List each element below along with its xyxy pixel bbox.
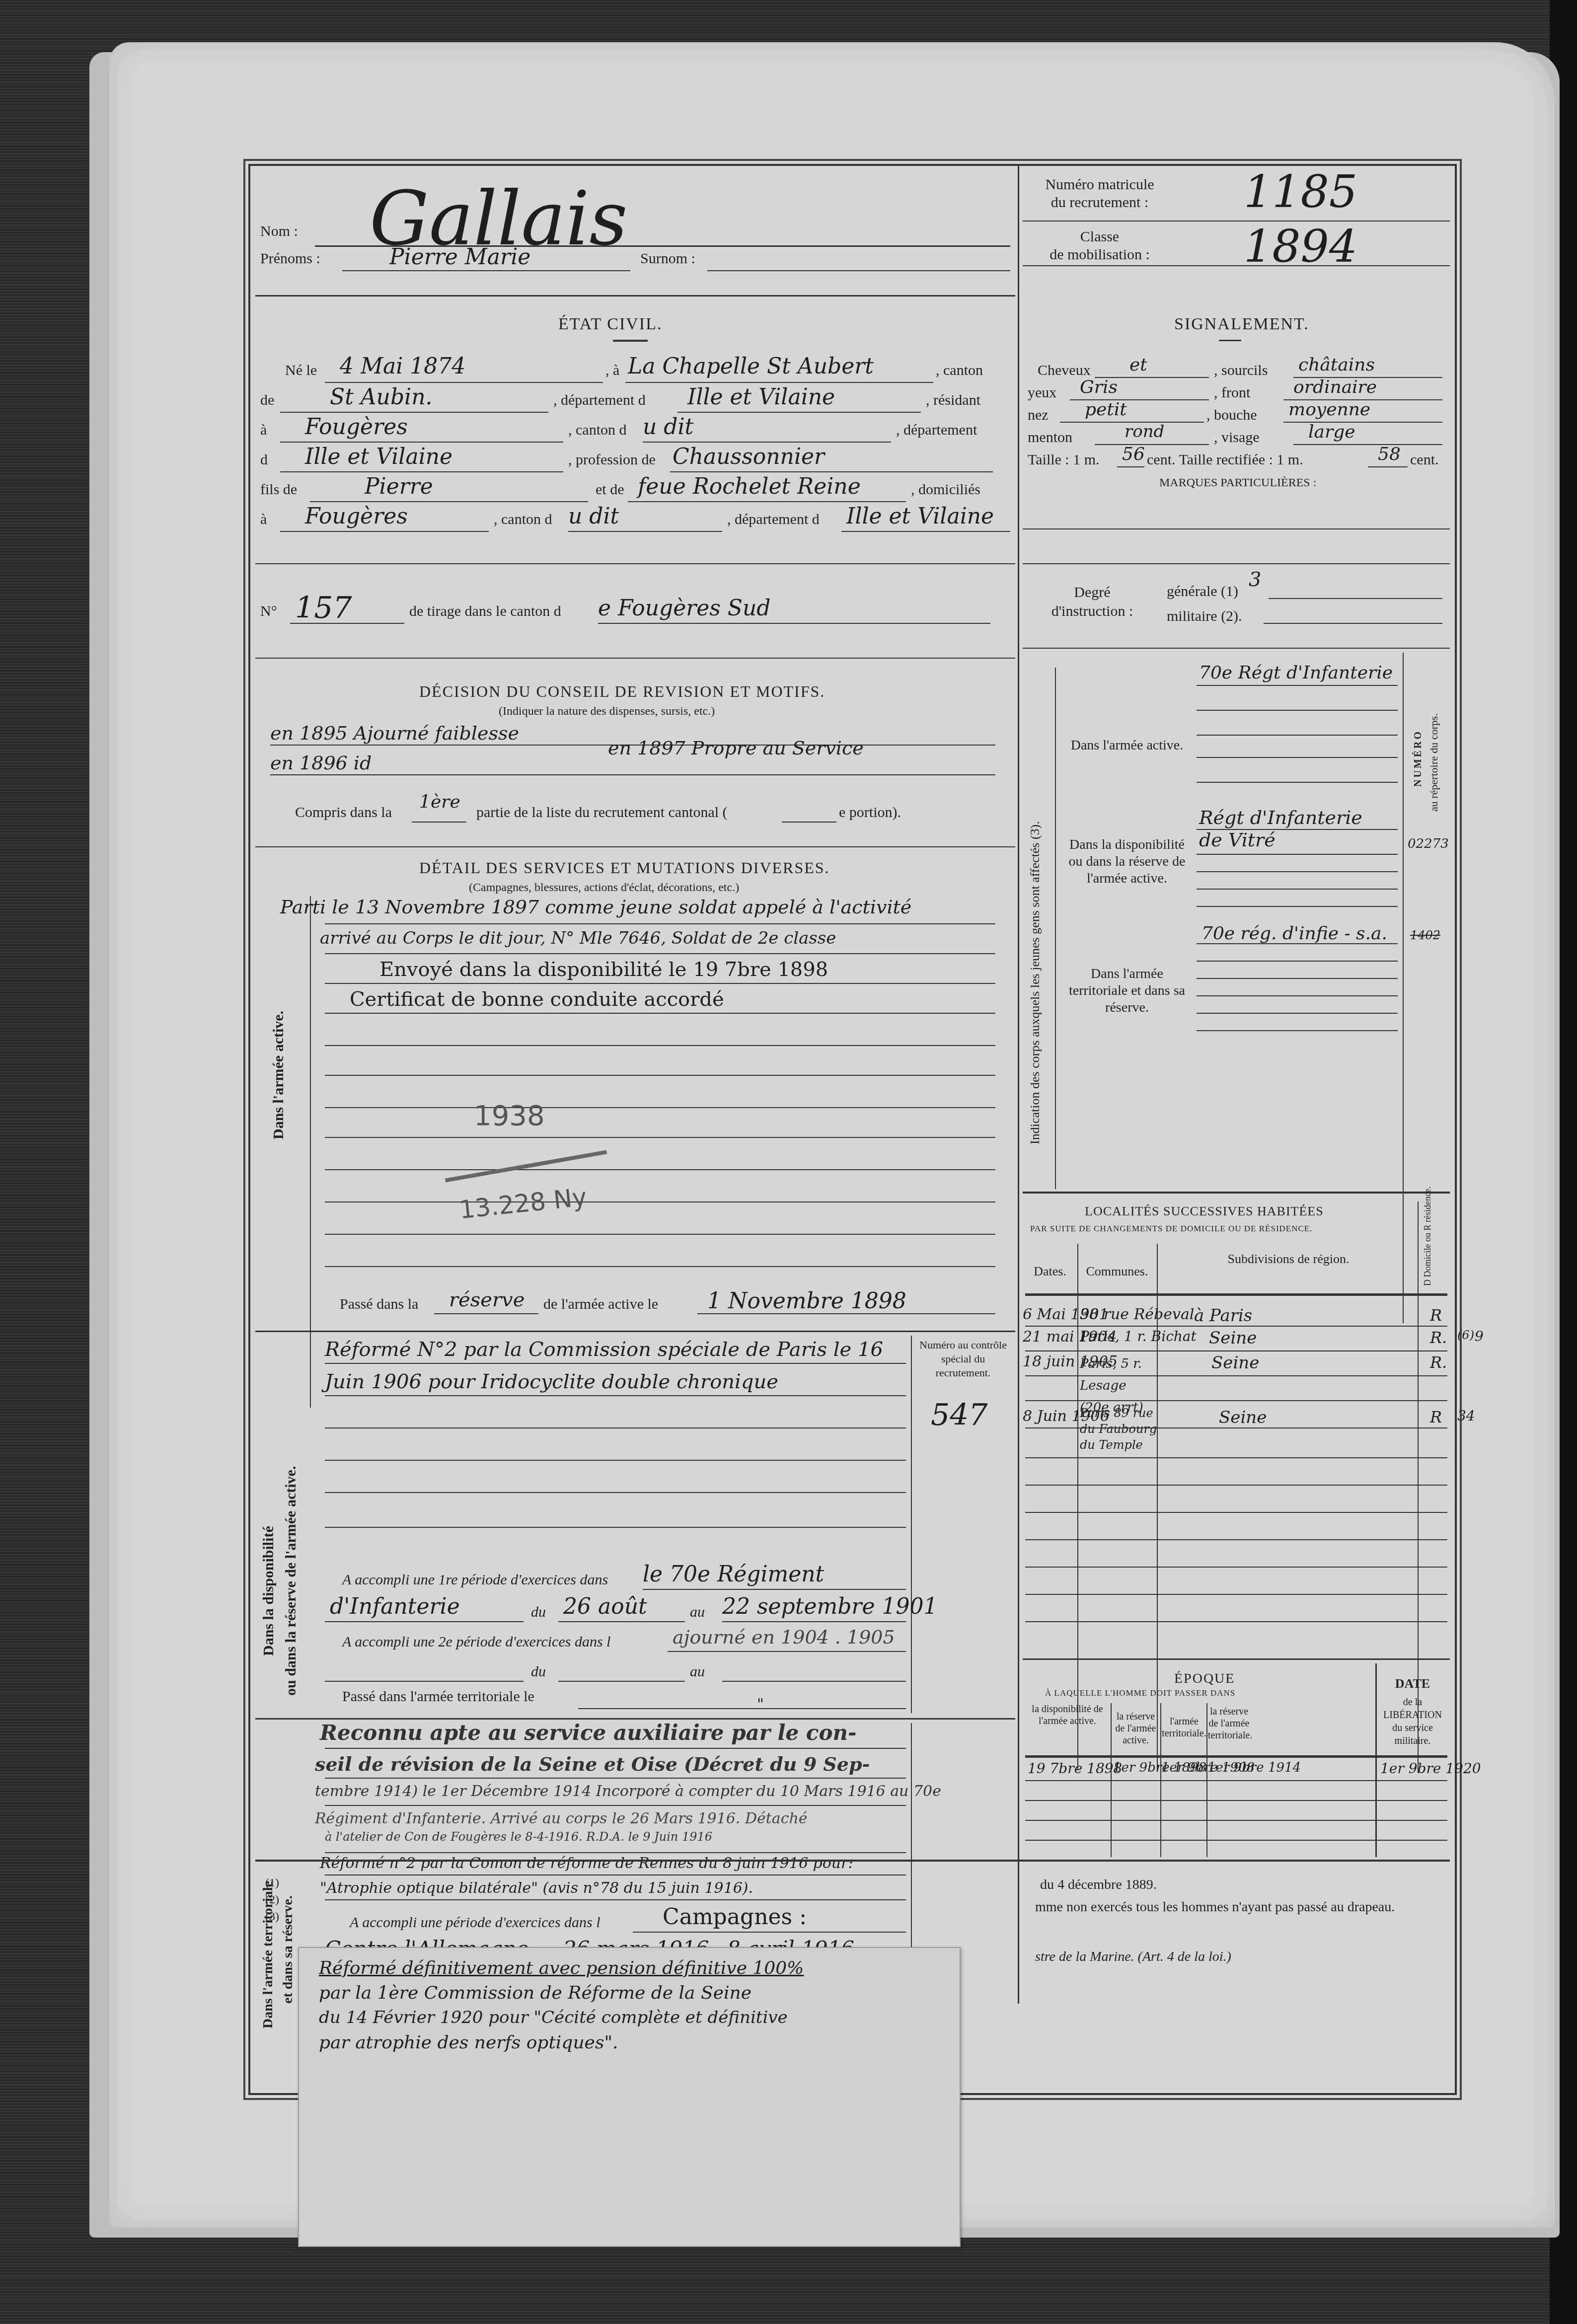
generale-label: générale (1) [1167,583,1238,600]
row-dr: R [1430,1408,1442,1426]
underline [1117,466,1144,467]
underline [270,774,995,775]
portion-blank [782,822,836,823]
menton-label: menton [1028,429,1072,446]
underline [434,1313,538,1314]
underline [280,442,563,443]
canton-residence: u dit [643,414,693,440]
territoriale-line-2: seil de révision de la Seine et Oise (Dé… [315,1753,870,1775]
classe-label-1: Classe [1080,228,1119,245]
underline [325,1852,906,1853]
services-line-4: Certificat de bonne conduite accordé [350,988,724,1011]
underline [325,1266,995,1267]
underline [1197,782,1398,783]
canton-parents: u dit [568,504,619,529]
underline [1197,1030,1398,1031]
periode2-label: A accompli une 2e période d'exercices da… [342,1634,610,1650]
residence: Fougères [305,414,408,440]
portion-suffix: e portion). [839,804,901,821]
underline [1025,1457,1447,1458]
departement2-label: , département [896,422,977,439]
separator [255,658,1015,659]
front-label: , front [1214,384,1250,401]
row-dr: R [1430,1306,1442,1325]
underline [1025,1350,1447,1351]
underline [578,1708,906,1709]
footnote-3: (3) [265,1910,279,1923]
corps-active-label: Dans l'armée active. [1065,737,1189,754]
taille-value: 56 [1122,444,1145,464]
underline [1025,1427,1447,1428]
militaire-label: militaire (2). [1167,608,1242,625]
corps-territoriale-value: 70e rég. d'infie - s.a. [1202,923,1387,944]
ne-le-label: Né le [285,362,317,379]
underline [325,1137,995,1138]
controle-divider [911,1336,912,1713]
col-communes: Communes. [1080,1264,1154,1279]
underline [412,822,466,823]
tirage-label: de tirage dans le canton d [409,603,561,620]
periode1-label: A accompli une 1re période d'exercices d… [342,1572,608,1588]
periode1-corps2: d'Infanterie [330,1594,460,1619]
corps-disponibilite-value-2: de Vitré [1199,829,1276,851]
territoriale-periode-label: A accompli une période d'exercices dans … [350,1914,601,1931]
epoque-subtitle: À LAQUELLE L'HOMME DOIT PASSER DANS [1045,1688,1235,1698]
underline [1025,1820,1447,1821]
yeux-value: Gris [1080,377,1118,397]
lieu-naissance: La Chapelle St Aubert [628,354,874,379]
note-line-4: par atrophie des nerfs optiques". [319,2032,618,2053]
tirage-numero: 157 [295,591,352,625]
instruction-label: Degréd'instruction : [1028,583,1157,621]
separator [1023,265,1450,266]
passe-territoriale-label: Passé dans l'armée territoriale le [342,1688,534,1705]
underline [1197,1013,1398,1014]
territoriale-line-7: "Atrophie optique bilatérale" (avis n°78… [320,1879,753,1897]
footnote-1: (1) [265,1876,279,1889]
profession: Chaussonnier [673,444,825,469]
underline [325,1045,995,1046]
row-commune: 38 rue Rébeval [1080,1306,1194,1323]
prenoms-label: Prénoms : [260,250,320,267]
visage-value: large [1308,422,1355,442]
underline [325,1621,524,1622]
compris-suffix: partie de la liste du recrutement canton… [476,804,728,821]
underline [1025,1375,1447,1376]
underline [325,1363,906,1364]
note-line-3: du 14 Février 1920 pour "Cécité complète… [319,2008,788,2027]
epoque-col-3: l'armée territoriale. [1162,1716,1206,1739]
underline [280,412,548,413]
separator [1023,528,1450,529]
header-rule [1025,1755,1447,1758]
underline [670,471,993,472]
separator [255,1718,1015,1720]
note-line-1: Réformé définitivement avec pension défi… [319,1958,804,1978]
de-label: de [260,392,274,409]
separator [1023,1658,1450,1660]
underline [1197,685,1398,686]
classe-label: Classede mobilisation : [1025,228,1174,264]
underline [1025,1780,1447,1781]
bouche-label: , bouche [1206,407,1257,424]
services-line-2: arrivé au Corps le dit jour, N° Mle 7646… [320,928,836,948]
col-subdivisions: Subdivisions de région. [1159,1251,1418,1267]
nez-label: nez [1028,407,1049,424]
underline [325,923,995,924]
underline [1025,1621,1447,1622]
stamp-13228: 13.228 Ny [458,1183,588,1225]
numero-label-2: au répertoire du corps. [1427,713,1440,812]
a-label: , à [605,362,619,379]
underline [325,1748,906,1749]
nom-label: Nom : [260,223,298,240]
row-commune: Paris 89 rue du Faubourg du Temple [1080,1405,1169,1453]
territoriale-line-5: à l'atelier de Con de Fougères le 8-4-19… [325,1830,712,1844]
disponibilite-side-label-1: Dans la disponibilité [260,1526,277,1656]
col-dates: Dates. [1025,1264,1075,1279]
corps-side-label: Indication des corps auxquels les jeunes… [1028,821,1043,1144]
underline [325,1805,906,1806]
underline [325,1460,906,1461]
services-line-3: Envoyé dans la disponibilité le 19 7bre … [379,958,828,981]
generale-value: 3 [1249,568,1261,591]
tirage-no-label: N° [260,603,277,620]
footnote-2: (2) [265,1893,279,1906]
identity-separator [255,295,1015,297]
footnote-line-1: du 4 décembre 1889. [1040,1877,1157,1893]
row-commune: Paris, 1 r. Bichat [1080,1328,1197,1345]
underline [280,471,563,472]
footnote-line-3: stre de la Marine. (Art. 4 de la loi.) [1035,1949,1231,1965]
periode1-au: 22 septembre 1901 [722,1594,937,1619]
services-title: DÉTAIL DES SERVICES ET MUTATIONS DIVERSE… [419,859,830,877]
underline [1025,1840,1447,1841]
underline [722,1621,906,1622]
underline [1197,710,1398,711]
underline [697,1313,995,1314]
underline [1025,1485,1447,1486]
row-dr: R. [1430,1353,1447,1372]
title-dash [1219,340,1241,341]
underline [1368,466,1408,467]
territoriale-side-label-2: et dans sa réserve. [280,1895,296,2004]
underline [325,1492,906,1493]
taille-label: Taille : 1 m. [1028,451,1100,468]
periode1-corps: le 70e Régiment [643,1562,824,1587]
territoriale-line-3: tembre 1914) le 1er Décembre 1914 Incorp… [315,1783,941,1800]
d-label: d [260,451,268,468]
canton-naissance: St Aubin. [330,384,433,410]
sourcils-value: châtains [1298,355,1375,375]
underline [325,382,603,383]
corps-disponibilite-numero: 02273 [1408,836,1449,851]
corps-disponibilite-label: Dans la disponibilité ou dans la réserve… [1065,836,1189,887]
underline [677,412,921,413]
canton3-label: , canton d [494,511,552,528]
controle-divider-2 [911,1723,912,1981]
corps-disponibilite-value-1: Régt d'Infanterie [1199,807,1362,828]
separator [1023,648,1450,649]
matricule-label-1: Numéro matricule [1045,176,1154,193]
underline [1264,623,1442,624]
underline [1197,889,1398,890]
underline [325,1234,995,1235]
matricule-value: 1185 [1244,166,1357,218]
liberation-label: de la LIBÉRATION du service militaire. [1378,1696,1447,1747]
passe-date: 1 Novembre 1898 [707,1288,906,1314]
numero-label-1: NUMÉRO [1413,730,1424,787]
underline [325,1681,524,1682]
underline [325,953,995,954]
form-frame: Nom : Gallais Prénoms : Pierre Marie Sur… [248,164,1457,2095]
underline [1293,444,1442,445]
underline [1025,1539,1447,1540]
underline [325,1075,995,1076]
du-label-2: du [531,1663,546,1680]
underline [1269,598,1442,599]
menton-value: rond [1125,422,1164,442]
prenoms-underline [342,270,630,271]
row-subdivision: Seine [1219,1408,1267,1427]
separator [1023,221,1450,222]
underline [1025,1326,1447,1327]
epoque-col-1: la disponibilité de l'armée active. [1025,1703,1110,1727]
underline [1025,1567,1447,1568]
underline [1025,1594,1447,1595]
corps-territoriale-label: Dans l'armée territoriale et dans sa rés… [1065,966,1189,1016]
underline [325,1527,906,1528]
a2-label: à [260,422,267,439]
underline [1197,961,1398,962]
underline [325,1778,906,1779]
separator [1023,563,1450,564]
underline [643,442,891,443]
underline [1025,1512,1447,1513]
underline [1197,943,1398,944]
matricule-label-2: du recrutement : [1051,194,1149,211]
epoque-title: ÉPOQUE [1174,1671,1235,1687]
footnote-line-2: mme non exercés tous les hommes n'ayant … [1035,1899,1395,1915]
underline [1283,422,1442,423]
underline [1197,854,1398,855]
campagnes-label: Campagnes : [663,1904,807,1930]
passe-label: Passé dans la [340,1296,418,1313]
underline [325,1874,906,1875]
au-label-2: au [690,1663,705,1680]
separator [255,1331,1015,1332]
underline [325,1169,995,1170]
numero-controle-label: Numéro au contrôle spécial du recrutemen… [916,1338,1010,1380]
underline [290,623,404,624]
cent2-label: cent. [1410,451,1438,468]
bracket-line [1055,668,1056,1189]
instruction-label-1: Degré [1074,584,1110,600]
underline [1197,757,1398,758]
departement-naissance: Ille et Vilaine [687,384,835,410]
row-subdivision: à Paris [1194,1306,1252,1326]
underline [325,983,995,984]
underline [668,1651,906,1652]
territoriale-line-6: Réformé n°2 par la Comon de réforme de R… [320,1855,853,1872]
header-rule [1025,1293,1447,1296]
numero-controle: 547 [931,1398,988,1432]
departement3-label: , département d [727,511,820,528]
underline [643,1589,906,1590]
separator [255,846,1015,847]
underline [628,501,906,502]
underline [568,531,722,532]
tirage-canton: e Fougères Sud [598,596,770,621]
taille-rectifiee: 58 [1378,444,1401,464]
underline [558,1621,685,1622]
instruction-label-2: d'instruction : [1051,603,1133,619]
footnote-markers: (1)(2)(3) [265,1874,279,1925]
decision-line-2: en 1896 id [270,752,372,774]
separator [1023,1192,1450,1194]
residant-label: , résidant [926,392,980,409]
liberation-divider [1375,1663,1377,1857]
domicile-parents: Fougères [305,504,408,529]
front-value: ordinaire [1293,377,1377,397]
underline [1025,1800,1447,1801]
localites-title: LOCALITÉS SUCCESSIVES HABITÉES [1085,1204,1324,1219]
fils-de-label: fils de [260,481,297,498]
surnom-label: Surnom : [640,250,695,267]
passe-value: réserve [449,1288,525,1311]
underline [1197,978,1398,979]
departement-residence: Ille et Vilaine [305,444,452,469]
underline [722,1681,906,1682]
corps-territoriale-numero: 1402 [1410,928,1440,942]
signalement-title: SIGNALEMENT. [1174,315,1309,334]
localites-subtitle: PAR SUITE DE CHANGEMENTS DE DOMICILE OU … [1030,1224,1313,1234]
underline [325,1013,995,1014]
underline [280,531,489,532]
underline [1025,1400,1447,1401]
cheveux-value: et [1129,355,1147,375]
visage-label: , visage [1214,429,1260,446]
margin-note: 9 [1475,1328,1484,1345]
passe-label-2: de l'armée active le [543,1296,658,1313]
classe-label-2: de mobilisation : [1050,246,1150,263]
underline [1197,995,1398,996]
du-label: du [531,1604,546,1621]
services-subtitle: (Campagnes, blessures, actions d'éclat, … [469,881,739,895]
stamp-1938: 1938 [474,1100,545,1132]
separator [255,1860,1450,1862]
decision-line-1: en 1895 Ajourné faiblesse [270,722,519,744]
bouche-value: moyenne [1288,399,1370,420]
profession-label: , profession de [568,451,656,468]
col-dr: D Domicile ou R résidence. [1423,1187,1433,1286]
canton2-label: , canton d [568,422,626,439]
column-divider [1018,166,1019,2004]
epoque-value-reserve-territoriale: 1er 9bre 1914 [1207,1760,1301,1775]
marques-label: MARQUES PARTICULIÈRES : [1159,476,1316,490]
epoque-value-disponibilite: 19 7bre 1898 [1028,1760,1122,1777]
a3-label: à [260,511,267,528]
epoque-col-4: la réserve de l'armée territoriale. [1208,1706,1250,1741]
departement-parents: Ille et Vilaine [846,504,994,529]
title-dash [613,340,648,342]
passe-territoriale: " [757,1696,764,1713]
etat-civil-title: ÉTAT CIVIL. [558,315,662,334]
underline [633,1932,906,1933]
cent-label: cent. Taille rectifiée : 1 m. [1147,451,1303,468]
underline [598,623,990,624]
prenoms-value: Pierre Marie [389,244,530,270]
disponibilite-line-2: Juin 1906 pour Iridocyclite double chron… [325,1370,778,1393]
stamp-bar [445,1150,607,1182]
row-dr: R. [1430,1328,1447,1347]
territoriale-line-4: Régiment d'Infanterie. Arrivé au corps l… [315,1810,808,1827]
decision-subtitle: (Indiquer la nature des dispenses, sursi… [499,705,715,718]
mere: feue Rochelet Reine [638,474,861,499]
services-side-label: Dans l'armée active. [270,1011,287,1139]
numero-divider [1403,653,1404,1323]
underline [841,531,1010,532]
underline [1197,735,1398,736]
domicilies-label: , domiciliés [911,481,980,498]
partie-value: 1ère [419,792,460,812]
compris-label: Compris dans la [295,804,392,821]
yeux-label: yeux [1028,384,1056,401]
underline [325,1395,906,1396]
margin-note: 34 [1457,1408,1475,1424]
decision-title: DÉCISION DU CONSEIL DE REVISION ET MOTIF… [419,682,825,701]
liberation-title: DATE [1378,1676,1447,1692]
nez-value: petit [1085,399,1127,420]
periode2-value: ajourné en 1904 . 1905 [673,1626,895,1648]
cheveux-label: Cheveux [1038,362,1091,379]
row-subdivision: Seine [1211,1353,1259,1373]
services-line-1: Parti le 13 Novembre 1897 comme jeune so… [280,896,911,918]
pasted-note: Réformé définitivement avec pension défi… [298,1947,961,2247]
underline [625,382,933,383]
surnom-underline [707,270,1010,271]
sourcils-label: , sourcils [1214,362,1268,379]
underline [325,1201,995,1202]
territoriale-line-1: Reconnu apte au service auxiliaire par l… [320,1721,856,1745]
row-subdivision: Seine [1209,1328,1257,1348]
margin-note: (6) [1457,1328,1474,1342]
note-line-2: par la 1ère Commission de Réforme de la … [319,1983,751,2003]
dept-label: , département d [553,392,646,409]
epoque-col-2: la réserve de l'armée active. [1112,1711,1159,1746]
matricule-label: Numéro matriculedu recrutement : [1025,176,1174,212]
liberation-value: 1er 9bre 1920 [1380,1760,1481,1777]
underline [325,1427,906,1428]
disponibilite-side-label-2: ou dans la réserve de l'armée active. [283,1466,300,1696]
et-de-label: et de [596,481,624,498]
periode1-du: 26 août [563,1594,647,1619]
underline [558,1681,685,1682]
decision-line-3: en 1897 Propre au Service [608,737,864,759]
underline [310,501,588,502]
pere: Pierre [365,474,433,499]
underline [1197,906,1398,907]
au-label: au [690,1604,705,1621]
corps-active-value: 70e Régt d'Infanterie [1199,663,1393,683]
underline [1095,444,1209,445]
disponibilite-line-1: Réformé N°2 par la Commission spéciale d… [325,1338,883,1361]
underline [1197,871,1398,872]
date-naissance: 4 Mai 1874 [340,354,465,379]
underline [325,1107,995,1108]
underline [325,1899,906,1900]
separator [255,563,1015,564]
